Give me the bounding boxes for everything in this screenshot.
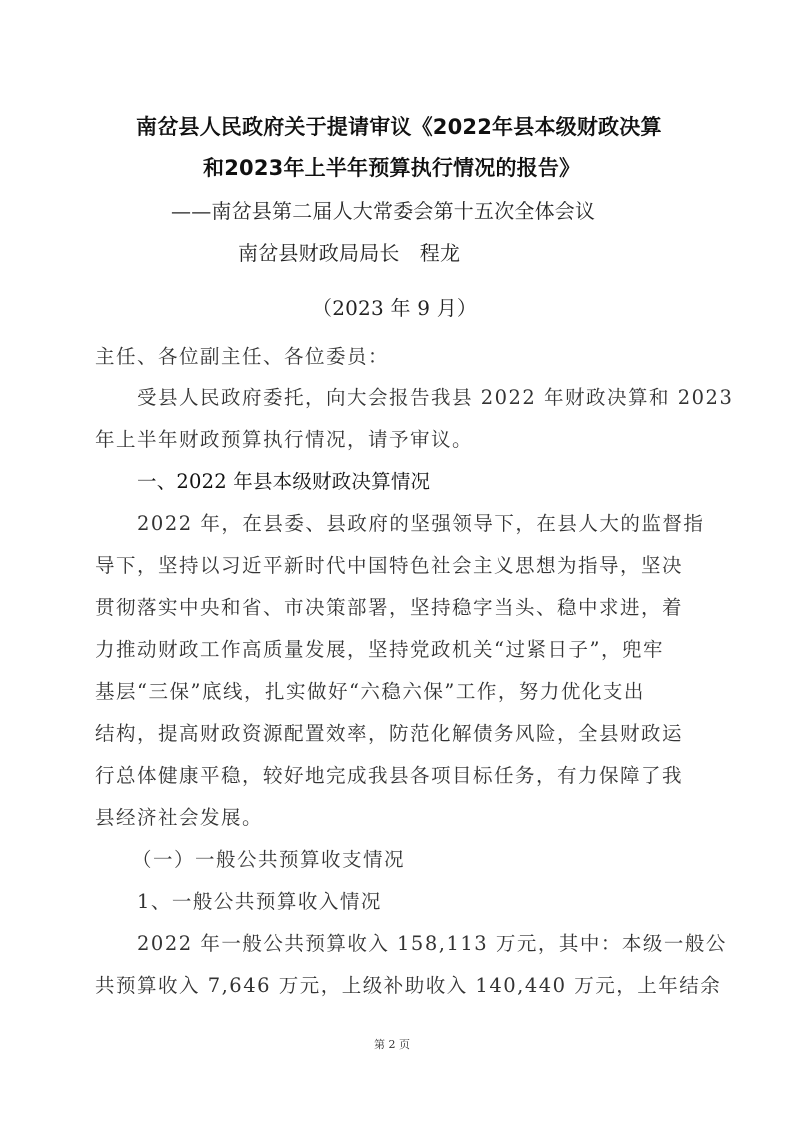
subsection-1-heading: （一）一般公共预算收支情况 [132, 850, 405, 870]
paragraph-line: 结构，提高财政资源配置效率，防范化解债务风险，全县财政运 [95, 724, 683, 744]
section-1-heading: 一、2022 年县本级财政决算情况 [137, 472, 430, 492]
intro-line-2: 年上半年财政预算执行情况，请予审议。 [95, 430, 473, 450]
report-title-line-2: 和2023年上半年预算执行情况的报告》 [203, 158, 580, 179]
paragraph-line: 2022 年，在县委、县政府的坚强领导下，在县人大的监督指 [137, 514, 704, 534]
paragraph-line: 县经济社会发展。 [95, 808, 263, 828]
paragraph-line: 2022 年一般公共预算收入 158,113 万元，其中：本级一般公 [137, 934, 727, 954]
paragraph-line: 共预算收入 7,646 万元，上级补助收入 140,440 万元，上年结余 [95, 976, 721, 996]
report-title-line-1: 南岔县人民政府关于提请审议《2022年县本级财政决算 [136, 117, 662, 138]
paragraph-line: 行总体健康平稳，较好地完成我县各项目标任务，有力保障了我 [95, 766, 683, 786]
intro-line-1: 受县人民政府委托，向大会报告我县 2022 年财政决算和 2023 [137, 388, 733, 408]
subsubsection-1-heading: 1、一般公共预算收入情况 [137, 892, 382, 912]
paragraph-line: 力推动财政工作高质量发展，坚持党政机关“过紧日子”，兜牢 [95, 640, 664, 660]
paragraph-line: 基层“三保”底线，扎实做好“六稳六保”工作，努力优化支出 [95, 682, 645, 702]
report-date: （2023 年 9 月） [312, 298, 477, 318]
meeting-subtitle: ——南岔县第二届人大常委会第十五次全体会议 [171, 201, 595, 221]
page-number: 第 2 页 [374, 1036, 410, 1052]
paragraph-line: 贯彻落实中央和省、市决策部署，坚持稳字当头、稳中求进，着 [95, 598, 683, 618]
paragraph-line: 导下，坚持以习近平新时代中国特色社会主义思想为指导，坚决 [95, 556, 683, 576]
speaker-line: 南岔县财政局局长 程龙 [238, 243, 460, 263]
salutation: 主任、各位副主任、各位委员： [95, 347, 389, 367]
